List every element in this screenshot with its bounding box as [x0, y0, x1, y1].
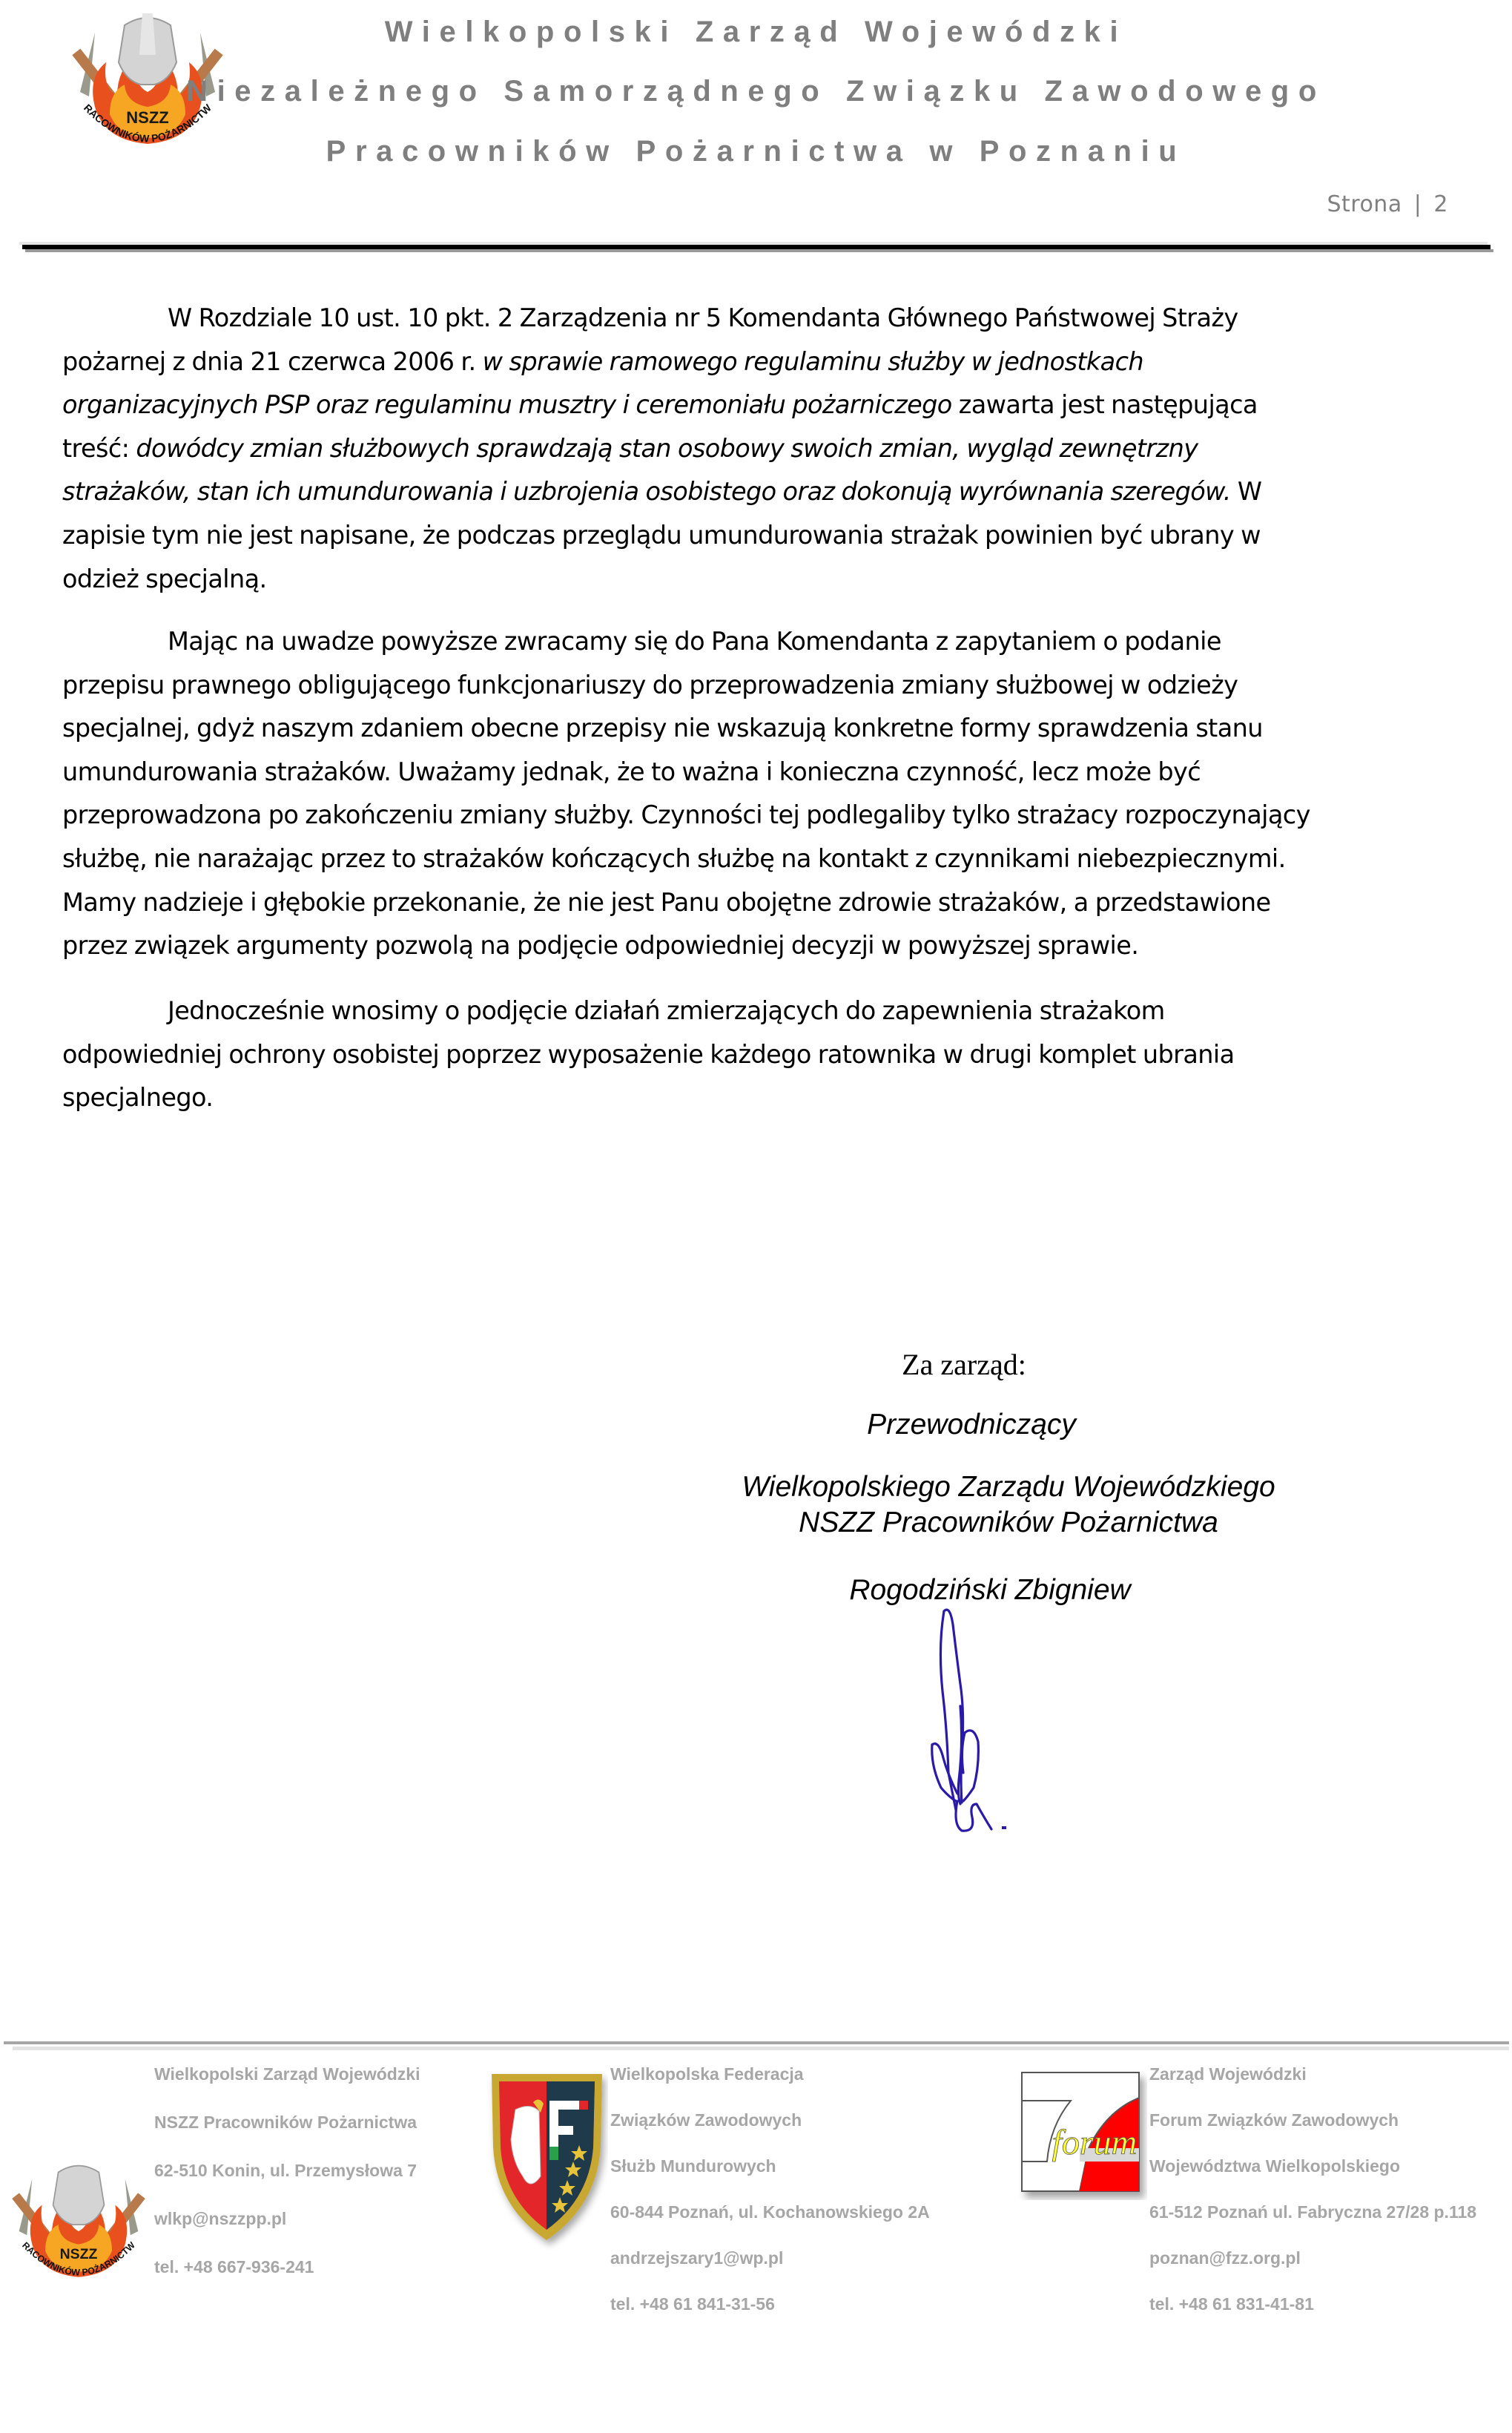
- footer-address: 60-844 Poznań, ul. Kochanowskiego 2A: [610, 2204, 930, 2221]
- paragraph-line: odzież specjalną.: [62, 558, 1434, 602]
- body-text-run: przepisu prawnego obligującego funkcjona…: [62, 671, 1238, 699]
- body-text-run: służbę, nie narażając przez to strażaków…: [62, 844, 1286, 873]
- forum-zz-logo-icon: forum: [1017, 2067, 1147, 2200]
- svg-text:NSZZ: NSZZ: [60, 2246, 98, 2262]
- quoted-regulation-text: w sprawie ramowego regulaminu służby w j…: [483, 347, 1143, 376]
- paragraph-line: specjalnej, gdyż naszym zdaniem obecne p…: [62, 707, 1434, 751]
- signatory-name: Rogodziński Zbigniew: [712, 1576, 1268, 1604]
- body-text-run: Mamy nadzieje i głębokie przekonanie, że…: [62, 888, 1271, 917]
- footer-email[interactable]: poznan@fzz.org.pl: [1149, 2250, 1301, 2267]
- footer-org-subname: NSZZ Pracowników Pożarnictwa: [154, 2114, 417, 2131]
- body-text-run: Mając na uwadze powyższe zwracamy się do…: [168, 627, 1221, 656]
- header-org-line-1-text: Wielkopolski Zarząd Wojewódzki: [385, 17, 1127, 47]
- paragraph-line: organizacyjnych PSP oraz regulaminu musz…: [62, 383, 1434, 427]
- header-divider: [19, 242, 1490, 257]
- paragraph-line: Jednocześnie wnosimy o podjęcie działań …: [62, 990, 1434, 1033]
- paragraph-line: Mając na uwadze powyższe zwracamy się do…: [62, 620, 1434, 664]
- paragraph-line: pożarnej z dnia 21 czerwca 2006 r. w spr…: [62, 340, 1434, 384]
- footer-email[interactable]: andrzejszary1@wp.pl: [610, 2250, 783, 2267]
- body-text-run: pożarnej z dnia 21 czerwca 2006 r.: [62, 347, 483, 376]
- body-text-run: Jednocześnie wnosimy o podjęcie działań …: [168, 996, 1165, 1025]
- body-text-run: zapisie tym nie jest napisane, że podcza…: [62, 521, 1261, 550]
- page-separator: |: [1410, 191, 1427, 217]
- paragraph-3: Jednocześnie wnosimy o podjęcie działań …: [62, 990, 1434, 1120]
- body-text-run: W: [1231, 477, 1262, 506]
- signatory-org-line-1: Wielkopolskiego Zarządu Wojewódzkiego: [638, 1472, 1379, 1501]
- footer-address: 61-512 Poznań ul. Fabryczna 27/28 p.118: [1149, 2204, 1476, 2221]
- body-text-run: odzież specjalną.: [62, 564, 267, 593]
- svg-text:forum: forum: [1052, 2123, 1138, 2162]
- header-org-line-2: Niezależnego Samorządnego Związku Zawodo…: [0, 76, 1512, 106]
- paragraph-2: Mając na uwadze powyższe zwracamy się do…: [62, 620, 1434, 968]
- signatory-role: Przewodniczący: [786, 1410, 1157, 1439]
- footer-org-name: Wielkopolski Zarząd Wojewódzki: [154, 2066, 420, 2083]
- footer-org-subname: Związków Zawodowych: [610, 2112, 802, 2129]
- page-label: Strona: [1327, 191, 1402, 217]
- footer-email[interactable]: wlkp@nszzpp.pl: [154, 2210, 286, 2228]
- footer-phone: tel. +48 61 841-31-56: [610, 2296, 775, 2313]
- nszz-firefighters-emblem-icon: NSZZ PRACOWNIKÓW POŻARNICTWA: [6, 2155, 151, 2296]
- footer-address: 62-510 Konin, ul. Przemysłowa 7: [154, 2162, 417, 2179]
- body-text-run: treść:: [62, 434, 136, 463]
- paragraph-line: przepisu prawnego obligującego funkcjona…: [62, 664, 1434, 708]
- paragraph-line: odpowiedniej ochrony osobistej poprzez w…: [62, 1033, 1434, 1077]
- footer-org-subname: Województwa Wielkopolskiego: [1149, 2158, 1400, 2175]
- page-number: Strona | 2: [1327, 191, 1448, 217]
- body-text-run: zawarta jest następująca: [952, 390, 1258, 419]
- footer-phone: tel. +48 61 831-41-81: [1149, 2296, 1314, 2313]
- paragraph-line: specjalnego.: [62, 1076, 1434, 1120]
- paragraph-line: Mamy nadzieje i głębokie przekonanie, że…: [62, 881, 1434, 925]
- paragraph-line: treść: dowódcy zmian służbowych sprawdza…: [62, 427, 1434, 471]
- header-org-line-3: Pracowników Pożarnictwa w Poznaniu: [0, 136, 1512, 166]
- paragraph-1: W Rozdziale 10 ust. 10 pkt. 2 Zarządzeni…: [62, 297, 1434, 601]
- for-board-label: Za zarząd:: [816, 1350, 1112, 1380]
- quoted-regulation-text: dowódcy zmian służbowych sprawdzają stan…: [136, 434, 1198, 463]
- footer-phone: tel. +48 667-936-241: [154, 2259, 314, 2276]
- header-org-line-2-text: Niezależnego Samorządnego Związku Zawodo…: [186, 76, 1326, 106]
- paragraph-line: W Rozdziale 10 ust. 10 pkt. 2 Zarządzeni…: [62, 297, 1434, 340]
- paragraph-line: służbę, nie narażając przez to strażaków…: [62, 837, 1434, 881]
- body-text-run: przez związek argumenty pozwolą na podję…: [62, 931, 1138, 960]
- footer-org-name: Zarząd Wojewódzki: [1149, 2066, 1307, 2083]
- paragraph-line: zapisie tym nie jest napisane, że podcza…: [62, 514, 1434, 558]
- paragraph-line: strażaków, stan ich umundurowania i uzbr…: [62, 470, 1434, 514]
- header-org-line-1: Wielkopolski Zarząd Wojewódzki: [0, 17, 1512, 47]
- body-text-run: umundurowania strażaków. Uważamy jednak,…: [62, 757, 1201, 786]
- body-text-run: odpowiedniej ochrony osobistej poprzez w…: [62, 1040, 1235, 1069]
- body-text-run: specjalnej, gdyż naszym zdaniem obecne p…: [62, 714, 1263, 743]
- paragraph-line: umundurowania strażaków. Uważamy jednak,…: [62, 751, 1434, 794]
- footer-org-subname: Służb Mundurowych: [610, 2158, 776, 2175]
- svg-text:NSZZ: NSZZ: [126, 108, 168, 127]
- handwritten-signature-icon: [931, 1602, 1034, 1847]
- paragraph-line: przeprowadzona po zakończeniu zmiany słu…: [62, 794, 1434, 837]
- footer-org-subname: Forum Związków Zawodowych: [1149, 2112, 1399, 2129]
- signatory-org-line-2: NSZZ Pracowników Pożarnictwa: [638, 1508, 1379, 1537]
- body-text-run: specjalnego.: [62, 1083, 213, 1112]
- federation-shield-eagle-icon: [486, 2065, 608, 2251]
- body-text-run: W Rozdziale 10 ust. 10 pkt. 2 Zarządzeni…: [168, 303, 1238, 332]
- footer-org-name: Wielkopolska Federacja: [610, 2066, 804, 2083]
- page-number-value: 2: [1433, 191, 1448, 217]
- quoted-regulation-text: strażaków, stan ich umundurowania i uzbr…: [62, 477, 1231, 506]
- header-org-line-3-text: Pracowników Pożarnictwa w Poznaniu: [326, 136, 1186, 166]
- quoted-regulation-text: organizacyjnych PSP oraz regulaminu musz…: [62, 390, 952, 419]
- footer-divider: [4, 2041, 1509, 2053]
- paragraph-line: przez związek argumenty pozwolą na podję…: [62, 924, 1434, 968]
- body-text-run: przeprowadzona po zakończeniu zmiany słu…: [62, 800, 1310, 829]
